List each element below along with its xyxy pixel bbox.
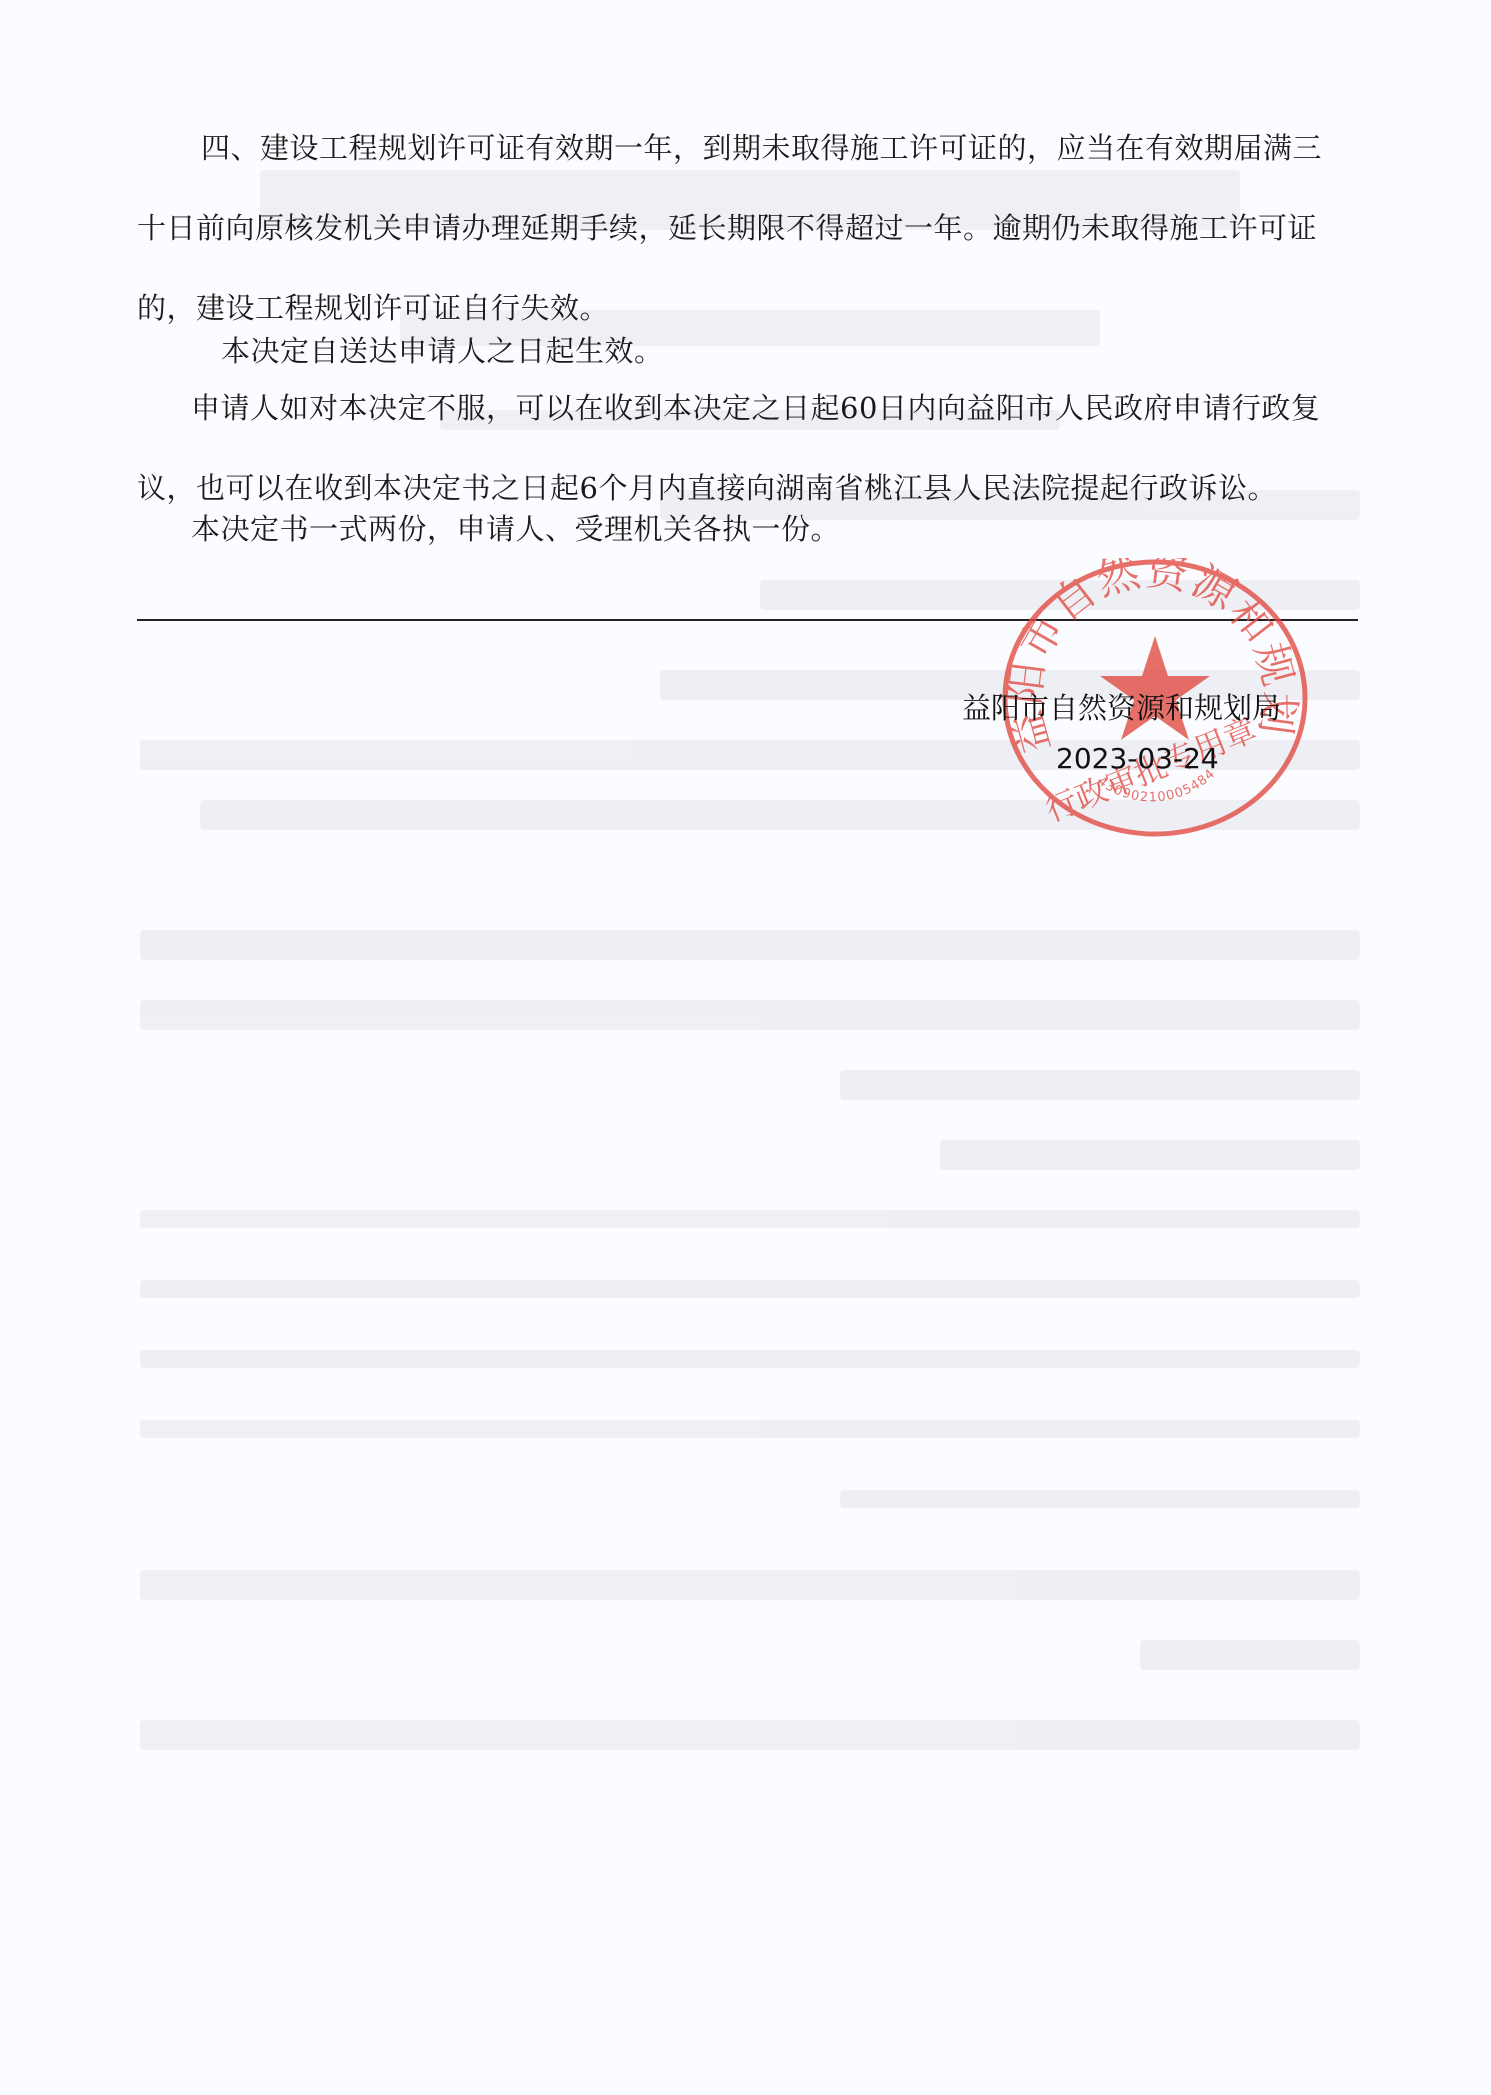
copies-text: 本决定书一式两份，申请人、受理机关各执一份。	[191, 512, 840, 546]
effective-text: 本决定自送达申请人之日起生效。	[221, 334, 664, 368]
clause-4-line-2: 十日前向原核发机关申请办理延期手续，延长期限不得超过一年。逾期仍未取得施工许可证	[137, 188, 1357, 268]
appeal-line-1: 申请人如对本决定不服，可以在收到本决定之日起60日内向益阳市人民政府申请行政复	[191, 391, 1320, 425]
issuer-name: 益阳市自然资源和规划局	[962, 686, 1281, 727]
copies-paragraph: 本决定书一式两份，申请人、受理机关各执一份。	[137, 489, 1357, 569]
issue-date: 2023-03-24	[1056, 742, 1219, 775]
clause-4-line-1: 四、建设工程规划许可证有效期一年，到期未取得施工许可证的，应当在有效期届满三	[137, 108, 1357, 188]
